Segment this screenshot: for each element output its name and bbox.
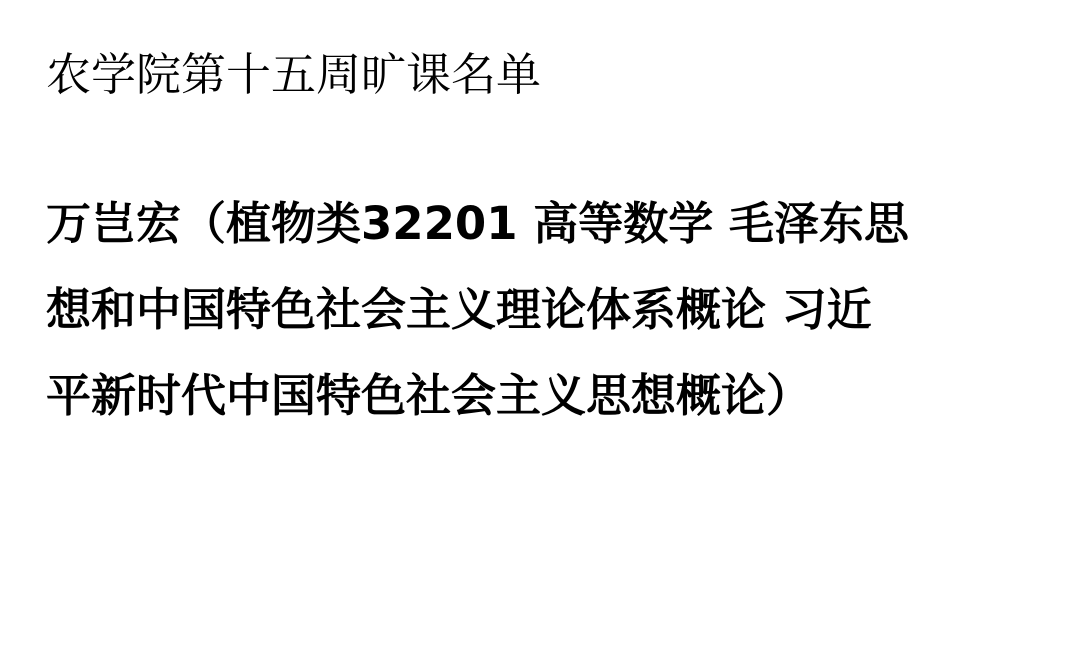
entry-line-3: 平新时代中国特色社会主义思想概论） [46, 344, 1046, 448]
page-title: 农学院第十五周旷课名单 [46, 42, 541, 108]
absence-entry: 万岂宏（植物类32201 高等数学 毛泽东思 想和中国特色社会主义理论体系概论 … [46, 172, 1046, 448]
document-page: 农学院第十五周旷课名单 万岂宏（植物类32201 高等数学 毛泽东思 想和中国特… [0, 0, 1079, 652]
